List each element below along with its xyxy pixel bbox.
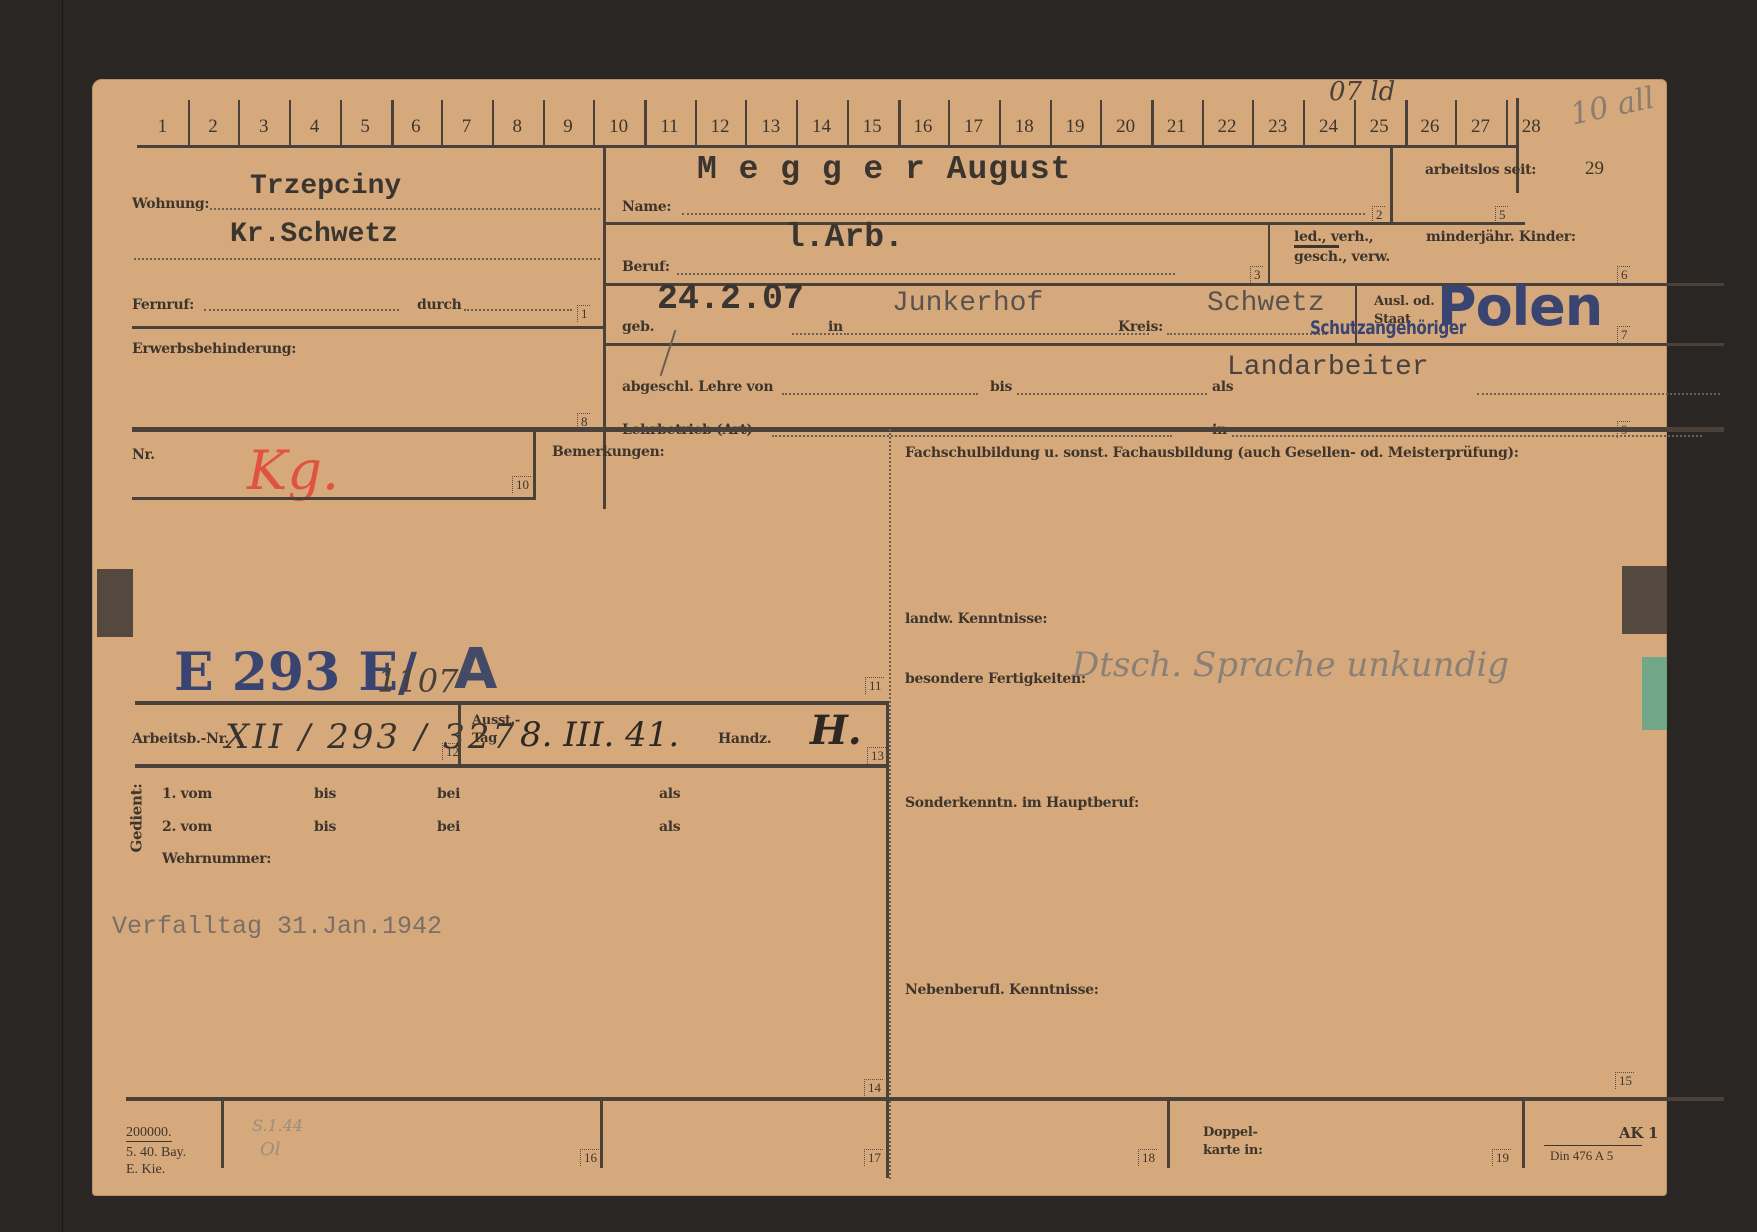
field-number-2: 2 [1372, 206, 1385, 223]
ruler-number-9: 9 [543, 116, 594, 138]
bottom-pencil-note-1: S.1.44 [252, 1116, 303, 1135]
label-vom-1: 1. vom [162, 786, 212, 802]
lehre-bis-line [1017, 393, 1207, 395]
ruler-tick [492, 100, 494, 145]
center-dotted-divider [889, 429, 891, 1179]
label-als-2: als [659, 819, 680, 835]
label-erwerbsbehinderung: Erwerbsbehinderung: [132, 341, 296, 357]
ruler-number-5: 5 [340, 116, 391, 138]
stamp-code-suffix: A [454, 637, 497, 702]
arbeitsb-divider [458, 703, 461, 766]
name-line [682, 213, 1365, 215]
name-bottom-rule [604, 222, 1525, 225]
print-info-1: 5. 40. Bay. [126, 1145, 186, 1161]
bottom-divider-1 [221, 1099, 224, 1168]
bottom-divider-4 [1522, 1099, 1525, 1168]
label-familienstand-2: gesch., verw. [1294, 249, 1390, 265]
label-familienstand-1: led., verh., [1294, 229, 1373, 245]
ruler-tick [1252, 100, 1254, 145]
form-id-rule [1544, 1145, 1642, 1146]
ruler-number-12: 12 [695, 116, 746, 138]
wohnung-bottom-rule [132, 326, 604, 329]
field-number-11: 11 [865, 677, 884, 694]
din-label: Din 476 A 5 [1550, 1148, 1613, 1164]
ruler-tick [898, 100, 901, 145]
label-bei-1: bei [437, 786, 460, 802]
ruler-tick [1303, 100, 1305, 145]
ruler-number-19: 19 [1050, 116, 1101, 138]
ruler-tick [1151, 100, 1154, 145]
label-bei-2: bei [437, 819, 460, 835]
beruf-line [677, 273, 1175, 275]
ruler-number-24: 24 [1303, 116, 1354, 138]
index-tab-left [97, 569, 133, 637]
stamp-bottom-rule [135, 701, 888, 705]
field-number-16: 16 [580, 1149, 599, 1166]
schutzangehoeriger-stamp: Schutzangehöriger [1310, 317, 1466, 339]
wohnung-value-1: Trzepciny [250, 171, 401, 202]
label-fachschulbildung: Fachschulbildung u. sonst. Fachausbildun… [905, 445, 1519, 461]
index-tab-right [1622, 566, 1667, 634]
ruler-number-11: 11 [644, 116, 695, 138]
arbeitsb-bottom-rule [135, 764, 888, 768]
label-landw-kenntnisse: landw. Kenntnisse: [905, 611, 1047, 627]
label-geb: geb. [622, 319, 654, 335]
name-right-divider [1390, 145, 1393, 222]
lehrbetrieb-in-line [1232, 435, 1702, 437]
label-besondere-fertigkeiten: besondere Fertigkeiten: [905, 671, 1086, 687]
label-in: in [828, 319, 843, 335]
ruler-tick [1455, 100, 1457, 145]
label-nr: Nr. [132, 447, 155, 463]
field-number-1: 1 [577, 305, 590, 322]
bottom-divider-2 [600, 1099, 603, 1168]
ruler-number-1: 1 [137, 116, 188, 138]
ruler-tick [796, 100, 798, 145]
ruler-number-26: 26 [1405, 116, 1456, 138]
ruler-tick [238, 100, 240, 145]
ruler-number-3: 3 [238, 116, 289, 138]
durch-line [464, 309, 572, 311]
verfalltag-stamp: Verfalltag 31.Jan.1942 [112, 912, 442, 941]
label-doppelkarte-1: Doppel- [1203, 1125, 1258, 1140]
label-als-1: als [659, 786, 680, 802]
ruler-tick [1050, 100, 1052, 145]
ruler-number-7: 7 [441, 116, 492, 138]
stamp-code-handwritten: 1107 [377, 662, 458, 700]
nr-box-right [533, 427, 536, 500]
geburtsort-line [844, 333, 1149, 335]
label-arbeitsb-nr: Arbeitsb.-Nr. [132, 731, 229, 747]
fernruf-line [204, 309, 399, 311]
label-bis: bis [990, 379, 1012, 395]
label-nebenberufl: Nebenberufl. Kenntnisse: [905, 982, 1099, 998]
ruler-tick [695, 100, 697, 145]
label-vom-2: 2. vom [162, 819, 212, 835]
strike-gesch [1294, 245, 1339, 248]
label-kreis: Kreis: [1118, 319, 1163, 335]
wohnung-line-2 [134, 258, 600, 260]
pencil-stroke [660, 330, 677, 376]
print-info-2: E. Kie. [126, 1162, 165, 1178]
ruler-tick [188, 100, 190, 145]
geburtsdatum-value: 24.2.07 [657, 279, 804, 319]
ruler-tick [847, 100, 849, 145]
label-bis-1: bis [314, 786, 336, 802]
ruler-tick [644, 100, 647, 145]
ruler-number-4: 4 [289, 116, 340, 138]
field-number-14: 14 [864, 1079, 883, 1096]
label-durch: durch [417, 297, 462, 313]
kreis-line [1167, 333, 1327, 335]
field-number-6: 6 [1617, 266, 1630, 283]
ruler-tick [340, 100, 342, 145]
ruler-tick [593, 100, 595, 145]
label-ausst-2: Tag [472, 731, 497, 746]
green-marker [1642, 657, 1667, 730]
label-bis-2: bis [314, 819, 336, 835]
label-sonderkenntn: Sonderkenntn. im Hauptberuf: [905, 795, 1139, 811]
label-doppelkarte-2: karte in: [1203, 1143, 1263, 1158]
label-ausst-1: Ausst.- [472, 713, 520, 728]
ruler-end-divider [1516, 98, 1519, 193]
background-edge [62, 0, 63, 1232]
bottom-rule [126, 1097, 1724, 1101]
label-wohnung: Wohnung: [132, 196, 209, 212]
field-number-18: 18 [1138, 1149, 1157, 1166]
ruler-tick [289, 100, 291, 145]
ruler-number-10: 10 [593, 116, 644, 138]
label-name: Name: [622, 199, 671, 215]
ruler-number-17: 17 [948, 116, 999, 138]
wohnung-line-1 [210, 208, 600, 210]
ruler-number-20: 20 [1100, 116, 1151, 138]
ruler-number-14: 14 [796, 116, 847, 138]
field-number-17: 17 [864, 1149, 883, 1166]
label-beruf: Beruf: [622, 259, 670, 275]
als-line [1477, 393, 1720, 395]
ruler-number-8: 8 [492, 116, 543, 138]
kreis-value: Schwetz [1207, 288, 1325, 319]
ruler-tick [948, 100, 950, 145]
index-card: 1234567891011121314151617181920212223242… [92, 79, 1667, 1196]
field-number-19: 19 [1492, 1149, 1511, 1166]
handwritten-corner-note: 07 ld [1329, 77, 1395, 107]
pencil-corner-note: 10 all [1567, 81, 1657, 133]
ruler-tick [1202, 100, 1204, 145]
bottom-pencil-note-2: Ol [260, 1139, 281, 1160]
ausstellungstag-value: 8. III. 41. [520, 715, 679, 755]
label-minderjaehr-kinder: minderjähr. Kinder: [1426, 229, 1576, 245]
field-number-13: 13 [867, 747, 886, 764]
label-gedient: Gedient: [128, 783, 146, 852]
print-run: 200000. [126, 1125, 172, 1142]
geburtsort-value: Junkerhof [892, 288, 1043, 319]
lehrbetrieb-line [772, 435, 1172, 437]
section-divider-top [132, 427, 1724, 430]
left-lower-right-border [886, 701, 889, 1178]
ruler-tick [745, 100, 747, 145]
wohnung-value-2: Kr.Schwetz [230, 219, 398, 250]
label-ausl-staat-1: Ausl. od. [1374, 294, 1434, 309]
label-abgeschl-lehre: abgeschl. Lehre von [622, 379, 773, 395]
ruler-number-15: 15 [847, 116, 898, 138]
ruler-number-16: 16 [898, 116, 949, 138]
ruler-number-2: 2 [188, 116, 239, 138]
field-number-5: 5 [1495, 206, 1508, 223]
lehre-von-line [782, 393, 978, 395]
ruler-tick [391, 100, 394, 145]
label-arbeitslos-seit: arbeitslos seit: [1425, 162, 1536, 178]
als-value: Landarbeiter [1227, 352, 1429, 383]
field-number-10: 10 [512, 476, 531, 493]
bottom-divider-3 [1167, 1099, 1170, 1168]
ruler-number-21: 21 [1151, 116, 1202, 138]
ruler-number-28: 28 [1506, 116, 1557, 138]
field-number-3: 3 [1250, 266, 1263, 283]
beruf-value: l.Arb. [785, 219, 904, 256]
ruler-number-27: 27 [1455, 116, 1506, 138]
ruler-tick [999, 100, 1001, 145]
label-fernruf: Fernruf: [132, 297, 194, 313]
label-bemerkungen: Bemerkungen: [552, 444, 664, 460]
ruler-tick [441, 100, 443, 145]
handzeichen-value: H. [810, 707, 862, 754]
beruf-right-divider [1268, 222, 1270, 283]
ruler-number-29: 29 [1585, 158, 1604, 180]
ruler-tick [1405, 100, 1408, 145]
ruler-number-6: 6 [391, 116, 442, 138]
ruler-number-22: 22 [1202, 116, 1253, 138]
field-number-15: 15 [1615, 1072, 1634, 1089]
label-handz: Handz. [718, 731, 771, 747]
label-wehrnummer: Wehrnummer: [162, 851, 271, 867]
ruler-tick [543, 100, 545, 145]
ruler-tick [1100, 100, 1102, 145]
ruler-baseline [137, 145, 1517, 148]
form-id: AK 1 [1619, 1124, 1658, 1142]
nr-box-bottom [132, 497, 535, 500]
ruler-number-18: 18 [999, 116, 1050, 138]
ruler-number-25: 25 [1354, 116, 1405, 138]
name-value: M e g g e r August [697, 151, 1071, 188]
besondere-fertigkeiten-value: Dtsch. Sprache unkundig [1072, 645, 1509, 685]
geb-bottom-rule [604, 343, 1724, 346]
nr-red-mark: Kg. [247, 439, 339, 502]
ruler-number-23: 23 [1252, 116, 1303, 138]
ruler-number-13: 13 [745, 116, 796, 138]
ruler-tick [1506, 100, 1508, 145]
field-number-7: 7 [1617, 326, 1630, 343]
